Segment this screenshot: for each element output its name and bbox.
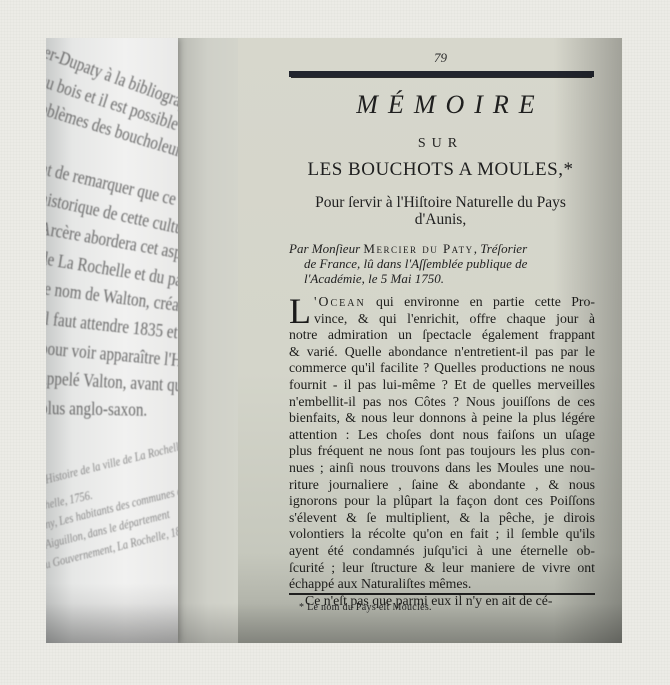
page-title: MÉMOIRE bbox=[286, 90, 605, 120]
subtitle: Pour ſervir à l'Hiſtoire Naturelle du Pa… bbox=[286, 194, 595, 228]
body-line: plus fréquent ne nous ſont pas toujours … bbox=[289, 443, 595, 460]
body-line: ayent été condamnés juſqu'ici à une éter… bbox=[289, 543, 595, 560]
left-page-curled: ier-Dupaty à la bibliographie,au bois et… bbox=[46, 38, 178, 643]
page-number: 79 bbox=[286, 50, 595, 66]
body-line-2: vince, & qui l'enrichit, offre chaque jo… bbox=[289, 311, 595, 328]
body-line: s'élevent & ſe multiplient, & la pêche, … bbox=[289, 510, 595, 527]
body-lines: notre admiration un ſpectacle également … bbox=[289, 327, 595, 593]
byline-line-2: de France, lû dans l'Aſſemblée publique … bbox=[289, 256, 595, 271]
byline: Par Monſieur Mercier du Paty, Tréſorier … bbox=[289, 241, 595, 286]
byline-post: , Tréſorier bbox=[474, 241, 527, 256]
body-line: échappé aux Naturaliſtes mêmes. bbox=[289, 576, 595, 593]
left-page-line: plus anglo-saxon. bbox=[46, 398, 147, 422]
book-gutter bbox=[178, 38, 238, 643]
body-line: attention : Les choſes dont nous faiſons… bbox=[289, 427, 595, 444]
left-page-shadow bbox=[46, 583, 178, 643]
body-line: fournit - il pas lui-même ? Et de quelle… bbox=[289, 377, 595, 394]
body-line: bienfaits, & nous leur donnons à peine l… bbox=[289, 410, 595, 427]
body-line: commerce qu'il facilite ? Quelles produc… bbox=[289, 360, 595, 377]
title-sur: SUR bbox=[286, 136, 595, 152]
drop-cap: L bbox=[289, 296, 311, 326]
body-line: volontiers la récolte qu'on en fait ; il… bbox=[289, 526, 595, 543]
body-line: notre admiration un ſpectacle également … bbox=[289, 327, 595, 344]
body-text: L 'Ocean qui environne en partie cette P… bbox=[289, 294, 595, 609]
byline-pre: Par Monſieur bbox=[289, 241, 363, 256]
body-line-1-rest: qui environne en partie cette Pro- bbox=[366, 294, 595, 309]
author-name: Mercier du Paty bbox=[363, 241, 473, 256]
footnote: * Le nom du Pays eſt Mouclés. bbox=[299, 602, 595, 613]
subtitle-line-1: Pour ſervir à l'Hiſtoire Naturelle du Pa… bbox=[286, 194, 595, 211]
subtitle-caps: LES BOUCHOTS A MOULES,* bbox=[286, 159, 595, 181]
byline-line-3: l'Académie, le 5 Mai 1750. bbox=[289, 271, 595, 286]
body-line: ſcurité ; leur ſtructure & leur maniere … bbox=[289, 560, 595, 577]
body-line: nues ; ainſi nous trouvons dans les Moul… bbox=[289, 460, 595, 477]
footnote-rule bbox=[289, 593, 595, 595]
body-line: & varié. Quelle abondance n'entretient-i… bbox=[289, 344, 595, 361]
book-photo: 79 MÉMOIRE SUR LES BOUCHOTS A MOULES,* P… bbox=[46, 38, 622, 643]
body-line: n'embellit-il pas nos Côtes ? Nous jouiſ… bbox=[289, 394, 595, 411]
left-page-footnote: . Histoire de la ville de La Rochelle et bbox=[46, 435, 178, 489]
body-line-1: 'Ocean qui environne en partie cette Pro… bbox=[289, 294, 595, 311]
header-rule bbox=[289, 71, 594, 77]
body-line: ignorons pour la plûpart la façon dont c… bbox=[289, 493, 595, 510]
first-word: 'Ocean bbox=[314, 294, 366, 309]
subtitle-line-2: d'Aunis, bbox=[286, 211, 595, 228]
body-line: riture journaliere , ſaine & abondante ,… bbox=[289, 477, 595, 494]
left-page-line: appelé Valton, avant que son nom bbox=[46, 368, 178, 401]
